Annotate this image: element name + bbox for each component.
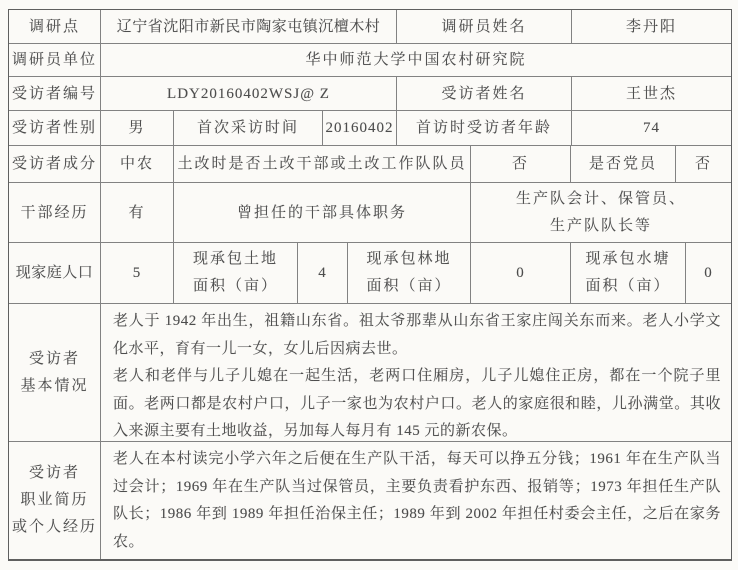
gender-label: 受访者性别 (9, 111, 101, 146)
cadre-positions-line2: 生产队队长等 (550, 213, 652, 240)
researcher-name-value: 李丹阳 (572, 10, 731, 44)
row-cadre: 干部经历 有 曾担任的干部具体职务 生产队会计、保管员、 生产队队长等 (9, 183, 731, 243)
respondent-id-label: 受访者编号 (9, 77, 101, 111)
land-reform-answer: 否 (471, 146, 571, 183)
cadre-exp-value: 有 (101, 183, 174, 243)
basic-info-text: 老人于 1942 年出生，祖籍山东省。祖太爷那辈从山东省王家庄闯关东而来。老人小… (101, 304, 731, 442)
basic-info-para2: 老人和老伴与儿子儿媳在一起生活，老两口住厢房，儿子儿媳住正房，都在一个院子里面。… (113, 363, 721, 442)
age-label: 首访时受访者年龄 (397, 111, 572, 146)
career-para1: 老人在本村读完小学六年之后便在生产队干活，每天可以挣五分钱；1961 年在生产队… (113, 446, 721, 556)
first-interview-label: 首次采访时间 (174, 111, 323, 146)
cadre-positions-label: 曾担任的干部具体职务 (174, 183, 471, 243)
forestland-label-line2: 面积（亩） (366, 273, 451, 300)
forestland-label: 现承包林地 面积（亩） (348, 243, 471, 304)
first-interview-value: 20160402 (323, 111, 397, 146)
row-household-land: 现家庭人口 5 现承包土地 面积（亩） 4 现承包林地 面积（亩） 0 现承包水… (9, 243, 731, 304)
cadre-exp-label: 干部经历 (9, 183, 101, 243)
career-label: 受访者 职业简历 或个人经历 (9, 442, 101, 559)
pond-label-line2: 面积（亩） (585, 273, 670, 300)
site-value: 辽宁省沈阳市新民市陶家屯镇沉檀木村 (101, 10, 397, 44)
age-value: 74 (572, 111, 731, 146)
cadre-positions-line1: 生产队会计、保管员、 (516, 186, 686, 213)
respondent-id-value: LDY20160402WSJ@ Z (101, 77, 397, 111)
household-label: 现家庭人口 (9, 243, 101, 304)
survey-table: 调研点 辽宁省沈阳市新民市陶家屯镇沉檀木村 调研员姓名 李丹阳 调研员单位 华中… (8, 9, 732, 561)
respondent-name-label: 受访者姓名 (397, 77, 572, 111)
row-site: 调研点 辽宁省沈阳市新民市陶家屯镇沉檀木村 调研员姓名 李丹阳 (9, 10, 731, 44)
row-gender-date-age: 受访者性别 男 首次采访时间 20160402 首访时受访者年龄 74 (9, 111, 731, 146)
class-status-value: 中农 (101, 146, 174, 183)
forestland-label-line1: 现承包林地 (366, 246, 451, 273)
row-basic-info: 受访者 基本情况 老人于 1942 年出生，祖籍山东省。祖太爷那辈从山东省王家庄… (9, 304, 731, 442)
career-label-line3: 或个人经历 (12, 514, 97, 541)
basic-info-label-line1: 受访者 (29, 346, 80, 373)
respondent-name-value: 王世杰 (572, 77, 731, 111)
career-text: 老人在本村读完小学六年之后便在生产队干活，每天可以挣五分钱；1961 年在生产队… (101, 442, 731, 559)
row-career: 受访者 职业简历 或个人经历 老人在本村读完小学六年之后便在生产队干活，每天可以… (9, 442, 731, 559)
gender-value: 男 (101, 111, 174, 146)
cadre-positions-value: 生产队会计、保管员、 生产队队长等 (471, 183, 731, 243)
farmland-value: 4 (298, 243, 348, 304)
basic-info-para1: 老人于 1942 年出生，祖籍山东省。祖太爷那辈从山东省王家庄闯关东而来。老人小… (113, 308, 721, 363)
unit-label: 调研员单位 (9, 44, 101, 77)
farmland-label-line1: 现承包土地 (193, 246, 278, 273)
row-class-party: 受访者成分 中农 土改时是否土改干部或土改工作队队员 否 是否党员 否 (9, 146, 731, 183)
scanned-survey-sheet: 调研点 辽宁省沈阳市新民市陶家屯镇沉檀木村 调研员姓名 李丹阳 调研员单位 华中… (0, 0, 738, 570)
party-member-label: 是否党员 (571, 146, 676, 183)
researcher-name-label: 调研员姓名 (397, 10, 572, 44)
site-label: 调研点 (9, 10, 101, 44)
row-respondent-id: 受访者编号 LDY20160402WSJ@ Z 受访者姓名 王世杰 (9, 77, 731, 111)
pond-label: 现承包水塘 面积（亩） (571, 243, 686, 304)
household-value: 5 (101, 243, 174, 304)
party-member-answer: 否 (676, 146, 731, 183)
row-unit: 调研员单位 华中师范大学中国农村研究院 (9, 44, 731, 77)
basic-info-label-line2: 基本情况 (20, 373, 88, 400)
land-reform-question: 土改时是否土改干部或土改工作队队员 (174, 146, 471, 183)
pond-value: 0 (686, 243, 731, 304)
basic-info-label: 受访者 基本情况 (9, 304, 101, 442)
career-label-line1: 受访者 (29, 460, 80, 487)
pond-label-line1: 现承包水塘 (585, 246, 670, 273)
class-status-label: 受访者成分 (9, 146, 101, 183)
career-label-line2: 职业简历 (20, 487, 88, 514)
farmland-label: 现承包土地 面积（亩） (174, 243, 298, 304)
unit-value: 华中师范大学中国农村研究院 (101, 44, 731, 77)
forestland-value: 0 (471, 243, 571, 304)
farmland-label-line2: 面积（亩） (193, 273, 278, 300)
